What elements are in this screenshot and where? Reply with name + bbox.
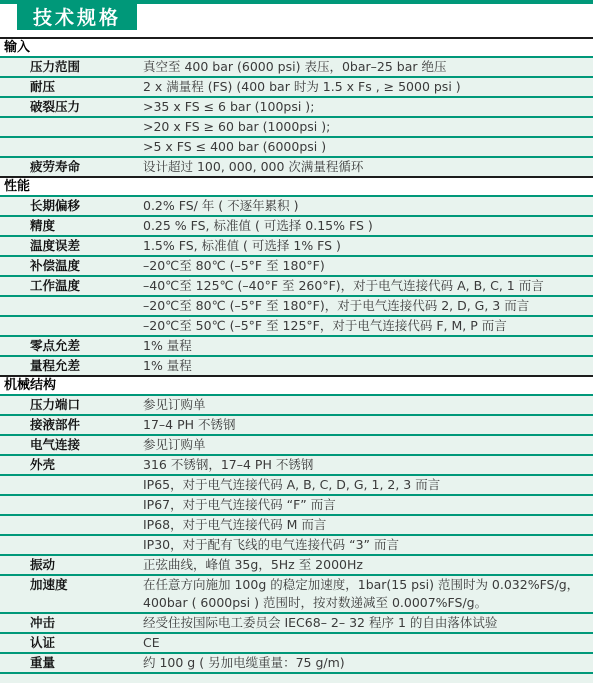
- spec-value: >20 x FS ≥ 60 bar (1000psi );: [143, 118, 593, 136]
- spec-value: >35 x FS ≤ 6 bar (100psi );: [143, 98, 593, 116]
- table-row: 耐压2 x 满量程 (FS) (400 bar 时为 1.5 x Fs , ≥ …: [0, 76, 593, 96]
- spec-value-line: 经受住按国际电工委员会 IEC68– 2– 32 程序 1 的自由落体试验: [143, 614, 587, 632]
- spec-label: 破裂压力: [0, 98, 143, 116]
- spec-value: IP67，对于电气连接代码 “F” 而言: [143, 496, 593, 514]
- table-row: IP67，对于电气连接代码 “F” 而言: [0, 494, 593, 514]
- spec-label: 耐压: [0, 78, 143, 96]
- spec-value-line: 在任意方向施加 100g 的稳定加速度，1bar(15 psi) 范围时为 0.…: [143, 576, 587, 594]
- spec-value-line: CE: [143, 634, 587, 652]
- spec-label: 补偿温度: [0, 257, 143, 275]
- page-title: 技术规格: [17, 3, 137, 30]
- table-row: 长期偏移0.2% FS/ 年 ( 不逐年累积 ): [0, 195, 593, 215]
- spec-label: 认证: [0, 634, 143, 652]
- spec-value: –20℃至 80℃ (–5°F 至 180°F)，对于电气连接代码 2, D, …: [143, 297, 593, 315]
- spec-value-line: 参见订购单: [143, 396, 587, 414]
- spec-value-line: IP68，对于电气连接代码 M 而言: [143, 516, 587, 534]
- table-row: 外壳316 不锈钢，17–4 PH 不锈钢: [0, 454, 593, 474]
- spec-value: IP68，对于电气连接代码 M 而言: [143, 516, 593, 534]
- table-row: 振动正弦曲线，峰值 35g，5Hz 至 2000Hz: [0, 554, 593, 574]
- spec-label: 重量: [0, 654, 143, 672]
- spec-label: 压力端口: [0, 396, 143, 414]
- spec-value: 在任意方向施加 100g 的稳定加速度，1bar(15 psi) 范围时为 0.…: [143, 576, 593, 612]
- table-row: 加速度在任意方向施加 100g 的稳定加速度，1bar(15 psi) 范围时为…: [0, 574, 593, 612]
- table-row: –20℃至 80℃ (–5°F 至 180°F)，对于电气连接代码 2, D, …: [0, 295, 593, 315]
- table-row: >5 x FS ≤ 400 bar (6000psi ): [0, 136, 593, 156]
- spec-value: 正弦曲线，峰值 35g，5Hz 至 2000Hz: [143, 556, 593, 574]
- spec-label: 零点允差: [0, 337, 143, 355]
- spec-value: >5 x FS ≤ 400 bar (6000psi ): [143, 138, 593, 156]
- spec-value-line: 真空至 400 bar (6000 psi) 表压，0bar–25 bar 绝压: [143, 58, 587, 76]
- spec-table: 输入压力范围真空至 400 bar (6000 psi) 表压，0bar–25 …: [0, 37, 593, 674]
- spec-value: 经受住按国际电工委员会 IEC68– 2– 32 程序 1 的自由落体试验: [143, 614, 593, 632]
- spec-value: 1% 量程: [143, 337, 593, 355]
- spec-label: 电气连接: [0, 436, 143, 454]
- spec-label: 温度误差: [0, 237, 143, 255]
- spec-value-line: >35 x FS ≤ 6 bar (100psi );: [143, 98, 587, 116]
- spec-label: 工作温度: [0, 277, 143, 295]
- spec-label: 接液部件: [0, 416, 143, 434]
- spec-label: 冲击: [0, 614, 143, 632]
- spec-label: 压力范围: [0, 58, 143, 76]
- spec-value-line: 2 x 满量程 (FS) (400 bar 时为 1.5 x Fs , ≥ 50…: [143, 78, 587, 96]
- bottom-row-strip: [0, 674, 593, 683]
- spec-value: 参见订购单: [143, 396, 593, 414]
- spec-value-line: –20℃至 80℃ (–5°F 至 180°F): [143, 257, 587, 275]
- table-row: 冲击经受住按国际电工委员会 IEC68– 2– 32 程序 1 的自由落体试验: [0, 612, 593, 632]
- spec-value-line: 1% 量程: [143, 337, 587, 355]
- spec-value: –40℃至 125℃ (–40°F 至 260°F)，对于电气连接代码 A, B…: [143, 277, 593, 295]
- spec-value: 1.5% FS, 标准值 ( 可选择 1% FS ): [143, 237, 593, 255]
- spec-value-line: >5 x FS ≤ 400 bar (6000psi ): [143, 138, 587, 156]
- spec-value-line: 0.25 % FS, 标准值 ( 可选择 0.15% FS ): [143, 217, 587, 235]
- table-row: IP30，对于配有飞线的电气连接代码 “3” 而言: [0, 534, 593, 554]
- table-row: 温度误差1.5% FS, 标准值 ( 可选择 1% FS ): [0, 235, 593, 255]
- table-row: –20℃至 50℃ (–5°F 至 125°F，对于电气连接代码 F, M, P…: [0, 315, 593, 335]
- table-row: IP68，对于电气连接代码 M 而言: [0, 514, 593, 534]
- section-header: 性能: [0, 176, 593, 195]
- spec-label: 外壳: [0, 456, 143, 474]
- table-row: 疲劳寿命设计超过 100, 000, 000 次满量程循环: [0, 156, 593, 176]
- table-row: 电气连接参见订购单: [0, 434, 593, 454]
- spec-value-line: IP30，对于配有飞线的电气连接代码 “3” 而言: [143, 536, 587, 554]
- table-row: 认证CE: [0, 632, 593, 652]
- table-row: 精度0.25 % FS, 标准值 ( 可选择 0.15% FS ): [0, 215, 593, 235]
- section-header: 输入: [0, 37, 593, 56]
- spec-label: 加速度: [0, 576, 143, 594]
- spec-value-line: 约 100 g ( 另加电缆重量：75 g/m): [143, 654, 587, 672]
- page-title-text: 技术规格: [33, 3, 121, 30]
- spec-value-line: 正弦曲线，峰值 35g，5Hz 至 2000Hz: [143, 556, 587, 574]
- spec-value-line: IP65，对于电气连接代码 A, B, C, D, G, 1, 2, 3 而言: [143, 476, 587, 494]
- spec-value: 17–4 PH 不锈钢: [143, 416, 593, 434]
- spec-value: –20℃至 50℃ (–5°F 至 125°F，对于电气连接代码 F, M, P…: [143, 317, 593, 335]
- spec-value: IP30，对于配有飞线的电气连接代码 “3” 而言: [143, 536, 593, 554]
- spec-value-line: 400bar ( 6000psi ) 范围时，按对数递减至 0.0007%FS/…: [143, 594, 587, 612]
- spec-label: 长期偏移: [0, 197, 143, 215]
- table-row: 压力端口参见订购单: [0, 394, 593, 414]
- spec-value: CE: [143, 634, 593, 652]
- spec-value-line: –20℃至 50℃ (–5°F 至 125°F，对于电气连接代码 F, M, P…: [143, 317, 587, 335]
- page: 技术规格 输入压力范围真空至 400 bar (6000 psi) 表压，0ba…: [0, 0, 593, 683]
- table-row: 重量约 100 g ( 另加电缆重量：75 g/m): [0, 652, 593, 672]
- spec-value: 0.2% FS/ 年 ( 不逐年累积 ): [143, 197, 593, 215]
- table-row: 接液部件17–4 PH 不锈钢: [0, 414, 593, 434]
- spec-value-line: 0.2% FS/ 年 ( 不逐年累积 ): [143, 197, 587, 215]
- spec-value-line: 1.5% FS, 标准值 ( 可选择 1% FS ): [143, 237, 587, 255]
- section-header: 机械结构: [0, 375, 593, 394]
- spec-value: 316 不锈钢，17–4 PH 不锈钢: [143, 456, 593, 474]
- table-row: 零点允差1% 量程: [0, 335, 593, 355]
- spec-value-line: –20℃至 80℃ (–5°F 至 180°F)，对于电气连接代码 2, D, …: [143, 297, 587, 315]
- table-row: 压力范围真空至 400 bar (6000 psi) 表压，0bar–25 ba…: [0, 56, 593, 76]
- spec-value-line: 1% 量程: [143, 357, 587, 375]
- table-row: 工作温度–40℃至 125℃ (–40°F 至 260°F)，对于电气连接代码 …: [0, 275, 593, 295]
- spec-value-line: 设计超过 100, 000, 000 次满量程循环: [143, 158, 587, 176]
- spec-value-line: 参见订购单: [143, 436, 587, 454]
- spec-value: 参见订购单: [143, 436, 593, 454]
- spec-label: 疲劳寿命: [0, 158, 143, 176]
- spec-value-line: –40℃至 125℃ (–40°F 至 260°F)，对于电气连接代码 A, B…: [143, 277, 587, 295]
- spec-value-line: IP67，对于电气连接代码 “F” 而言: [143, 496, 587, 514]
- spec-value-line: 17–4 PH 不锈钢: [143, 416, 587, 434]
- spec-label: 精度: [0, 217, 143, 235]
- spec-value-line: 316 不锈钢，17–4 PH 不锈钢: [143, 456, 587, 474]
- spec-value: 0.25 % FS, 标准值 ( 可选择 0.15% FS ): [143, 217, 593, 235]
- spec-label: 振动: [0, 556, 143, 574]
- spec-value: 2 x 满量程 (FS) (400 bar 时为 1.5 x Fs , ≥ 50…: [143, 78, 593, 96]
- spec-value: IP65，对于电气连接代码 A, B, C, D, G, 1, 2, 3 而言: [143, 476, 593, 494]
- table-row: >20 x FS ≥ 60 bar (1000psi );: [0, 116, 593, 136]
- table-row: 补偿温度–20℃至 80℃ (–5°F 至 180°F): [0, 255, 593, 275]
- spec-value: –20℃至 80℃ (–5°F 至 180°F): [143, 257, 593, 275]
- spec-value: 真空至 400 bar (6000 psi) 表压，0bar–25 bar 绝压: [143, 58, 593, 76]
- spec-value: 设计超过 100, 000, 000 次满量程循环: [143, 158, 593, 176]
- spec-value-line: >20 x FS ≥ 60 bar (1000psi );: [143, 118, 587, 136]
- table-row: 量程允差1% 量程: [0, 355, 593, 375]
- spec-value: 约 100 g ( 另加电缆重量：75 g/m): [143, 654, 593, 672]
- spec-value: 1% 量程: [143, 357, 593, 375]
- table-row: IP65，对于电气连接代码 A, B, C, D, G, 1, 2, 3 而言: [0, 474, 593, 494]
- table-row: 破裂压力>35 x FS ≤ 6 bar (100psi );: [0, 96, 593, 116]
- spec-label: 量程允差: [0, 357, 143, 375]
